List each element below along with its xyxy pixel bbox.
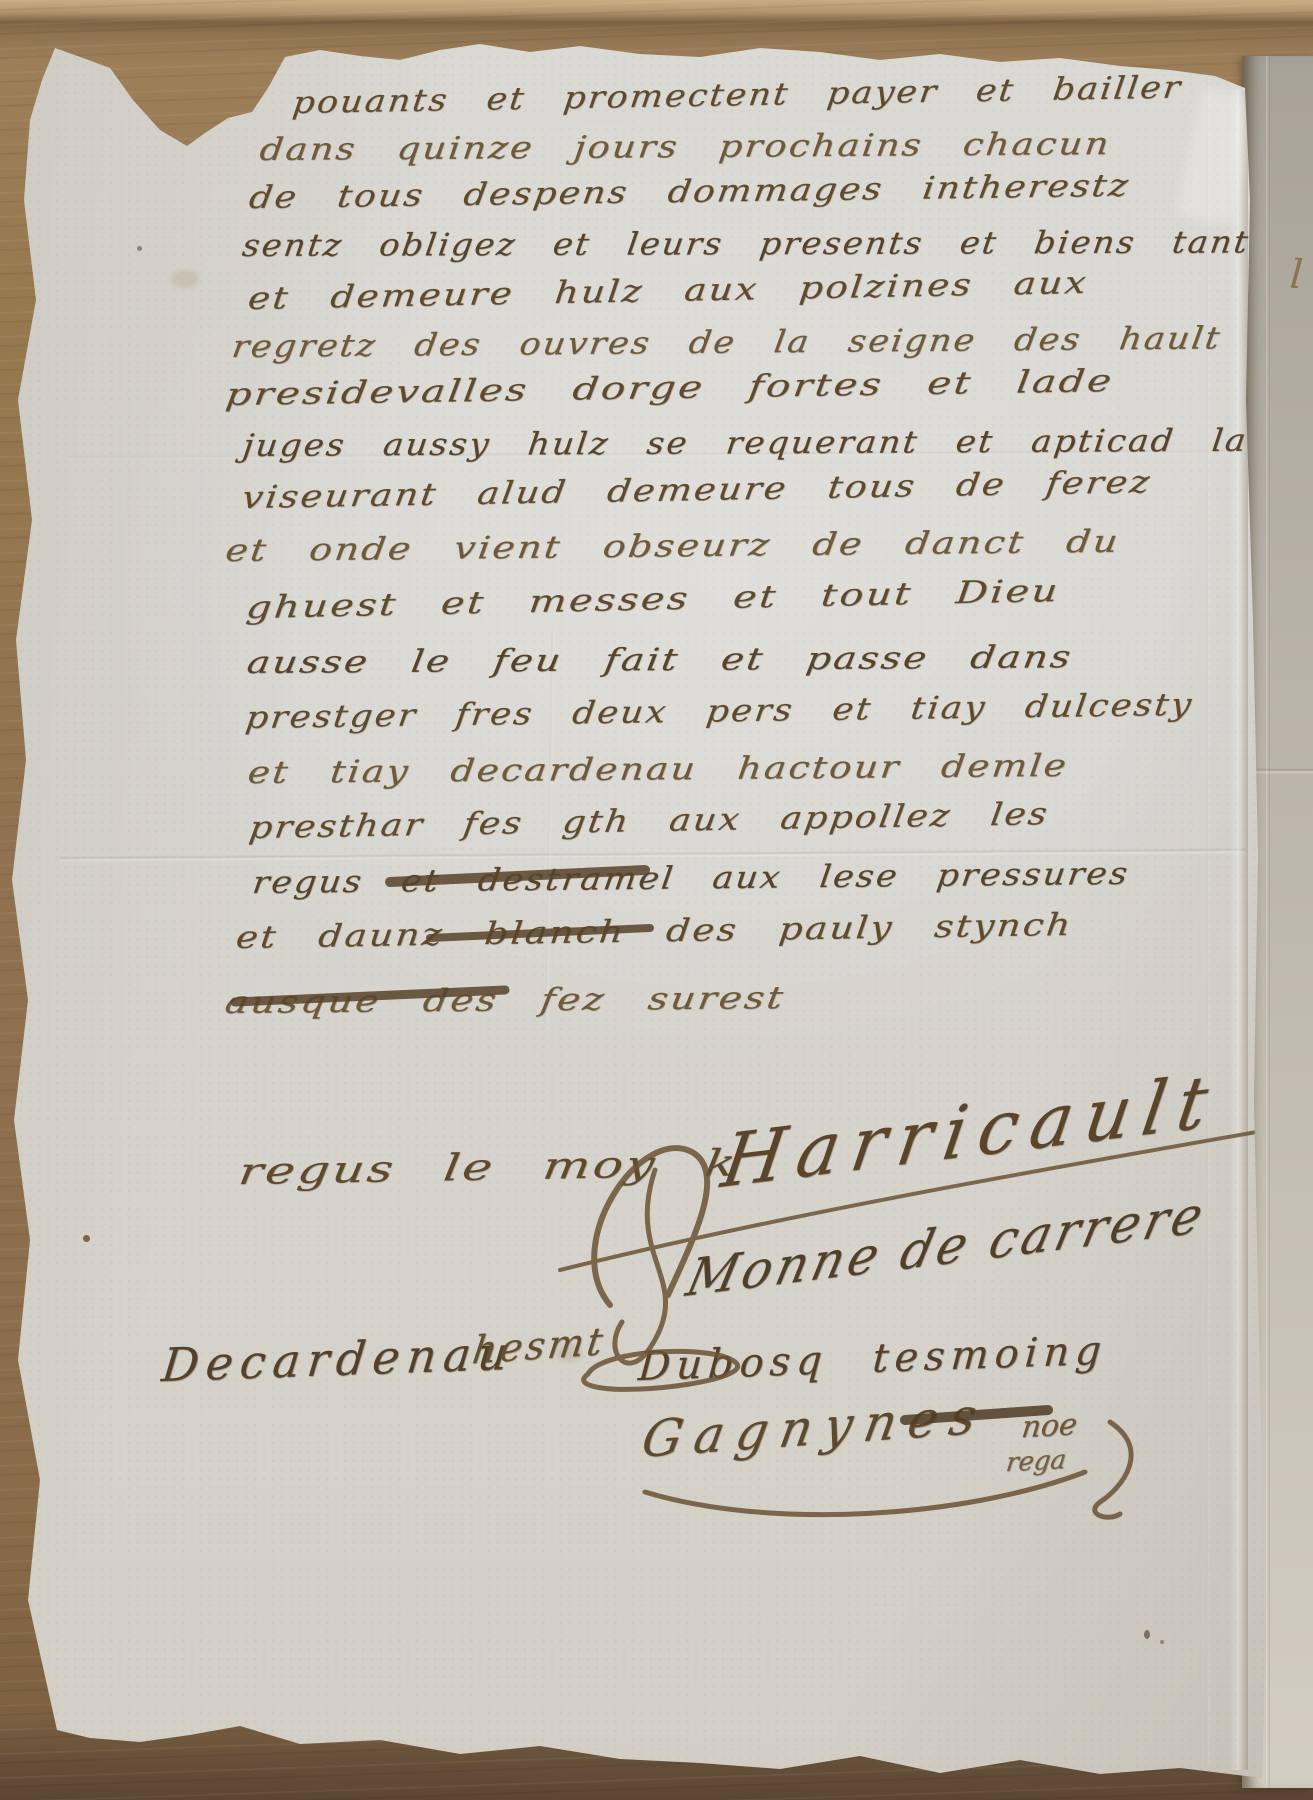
ink-paraph-tail (1095, 1422, 1131, 1517)
ink-flourish-underline (645, 1472, 1085, 1515)
ink-paraph-oval (584, 1351, 738, 1389)
ink-flourishes-svg (0, 0, 1313, 1800)
photograph-of-manuscript: l pouants et promectent payer et bailler… (0, 0, 1313, 1800)
secondary-page-fold-crease (1266, 56, 1270, 1788)
secondary-page-ink-mark: l (1288, 252, 1304, 299)
ink-strikethrough-mark (235, 990, 505, 1002)
ink-flourish-loop (615, 1170, 666, 1363)
ink-heavy-bar (905, 1410, 1048, 1420)
main-manuscript-page: pouants et promectent payer et bailler d… (0, 0, 1313, 1800)
ink-strikethrough-mark (430, 928, 650, 938)
ink-strikethrough-mark (390, 870, 645, 882)
ink-flourish-lead (594, 1148, 707, 1305)
